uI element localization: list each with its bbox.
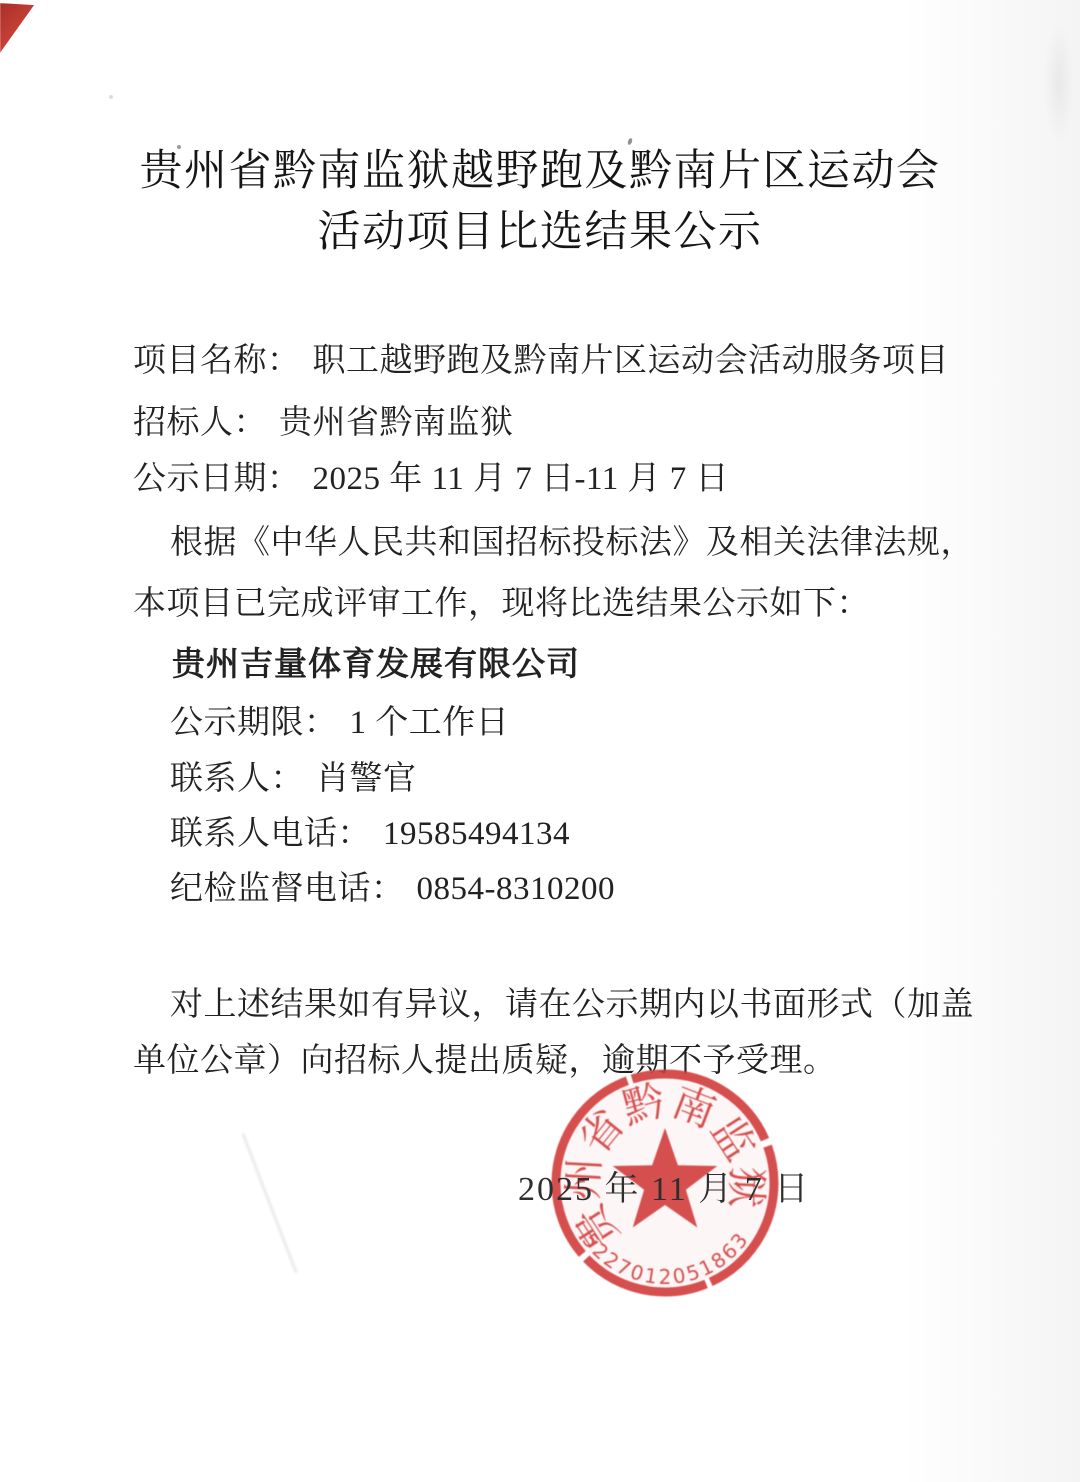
red-corner-mark	[0, 3, 37, 55]
field-value: 肖警官	[316, 761, 417, 797]
field-label: 招标人：	[133, 405, 267, 441]
field-supervision-phone: 纪检监督电话：0854-8310200	[170, 862, 615, 909]
scan-speck	[109, 95, 113, 99]
field-publicity-period: 公示期限：1 个工作日	[170, 696, 509, 743]
signature-date: 2025 年 11 月 7 日	[518, 1161, 810, 1210]
field-label: 公示日期：	[133, 461, 301, 497]
field-value: 贵州省黔南监狱	[279, 405, 514, 441]
scan-streak	[241, 1132, 298, 1273]
field-value: 0854-8310200	[417, 871, 616, 907]
field-contact-person: 联系人：肖警官	[170, 752, 417, 799]
closing-line: 对上述结果如有异议，请在公示期内以书面形式（加盖	[170, 978, 974, 1025]
field-value: 职工越野跑及黔南片区运动会活动服务项目	[313, 343, 950, 379]
field-label: 公示期限：	[170, 705, 338, 741]
seal-code-digit: 2	[659, 1265, 672, 1289]
field-value: 19585494134	[383, 816, 570, 852]
field-contact-phone: 联系人电话：19585494134	[170, 807, 570, 854]
winning-company: 贵州吉量体育发展有限公司	[172, 638, 580, 685]
field-label: 联系人：	[170, 761, 304, 797]
document-title: 贵州省黔南监狱越野跑及黔南片区运动会 活动项目比选结果公示	[0, 141, 1080, 263]
document-title-line2: 活动项目比选结果公示	[0, 202, 1080, 263]
field-project-name: 项目名称：职工越野跑及黔南片区运动会活动服务项目	[133, 334, 949, 381]
field-label: 项目名称：	[133, 343, 301, 379]
field-label: 纪检监督电话：	[170, 871, 405, 907]
field-tenderee: 招标人：贵州省黔南监狱	[133, 396, 514, 443]
field-value: 1 个工作日	[350, 705, 510, 741]
field-publicity-date: 公示日期：2025 年 11 月 7 日-11 月 7 日	[133, 452, 729, 499]
field-value: 2025 年 11 月 7 日-11 月 7 日	[313, 461, 730, 497]
field-label: 联系人电话：	[170, 816, 371, 852]
scanned-announcement-page: 贵州省黔南监狱越野跑及黔南片区运动会 活动项目比选结果公示 项目名称：职工越野跑…	[0, 0, 1080, 1482]
paragraph-line: 根据《中华人民共和国招标投标法》及相关法律法规，	[170, 516, 974, 563]
paragraph-line: 本项目已完成评审工作，现将比选结果公示如下：	[133, 577, 870, 624]
document-title-line1: 贵州省黔南监狱越野跑及黔南片区运动会	[0, 141, 1080, 202]
